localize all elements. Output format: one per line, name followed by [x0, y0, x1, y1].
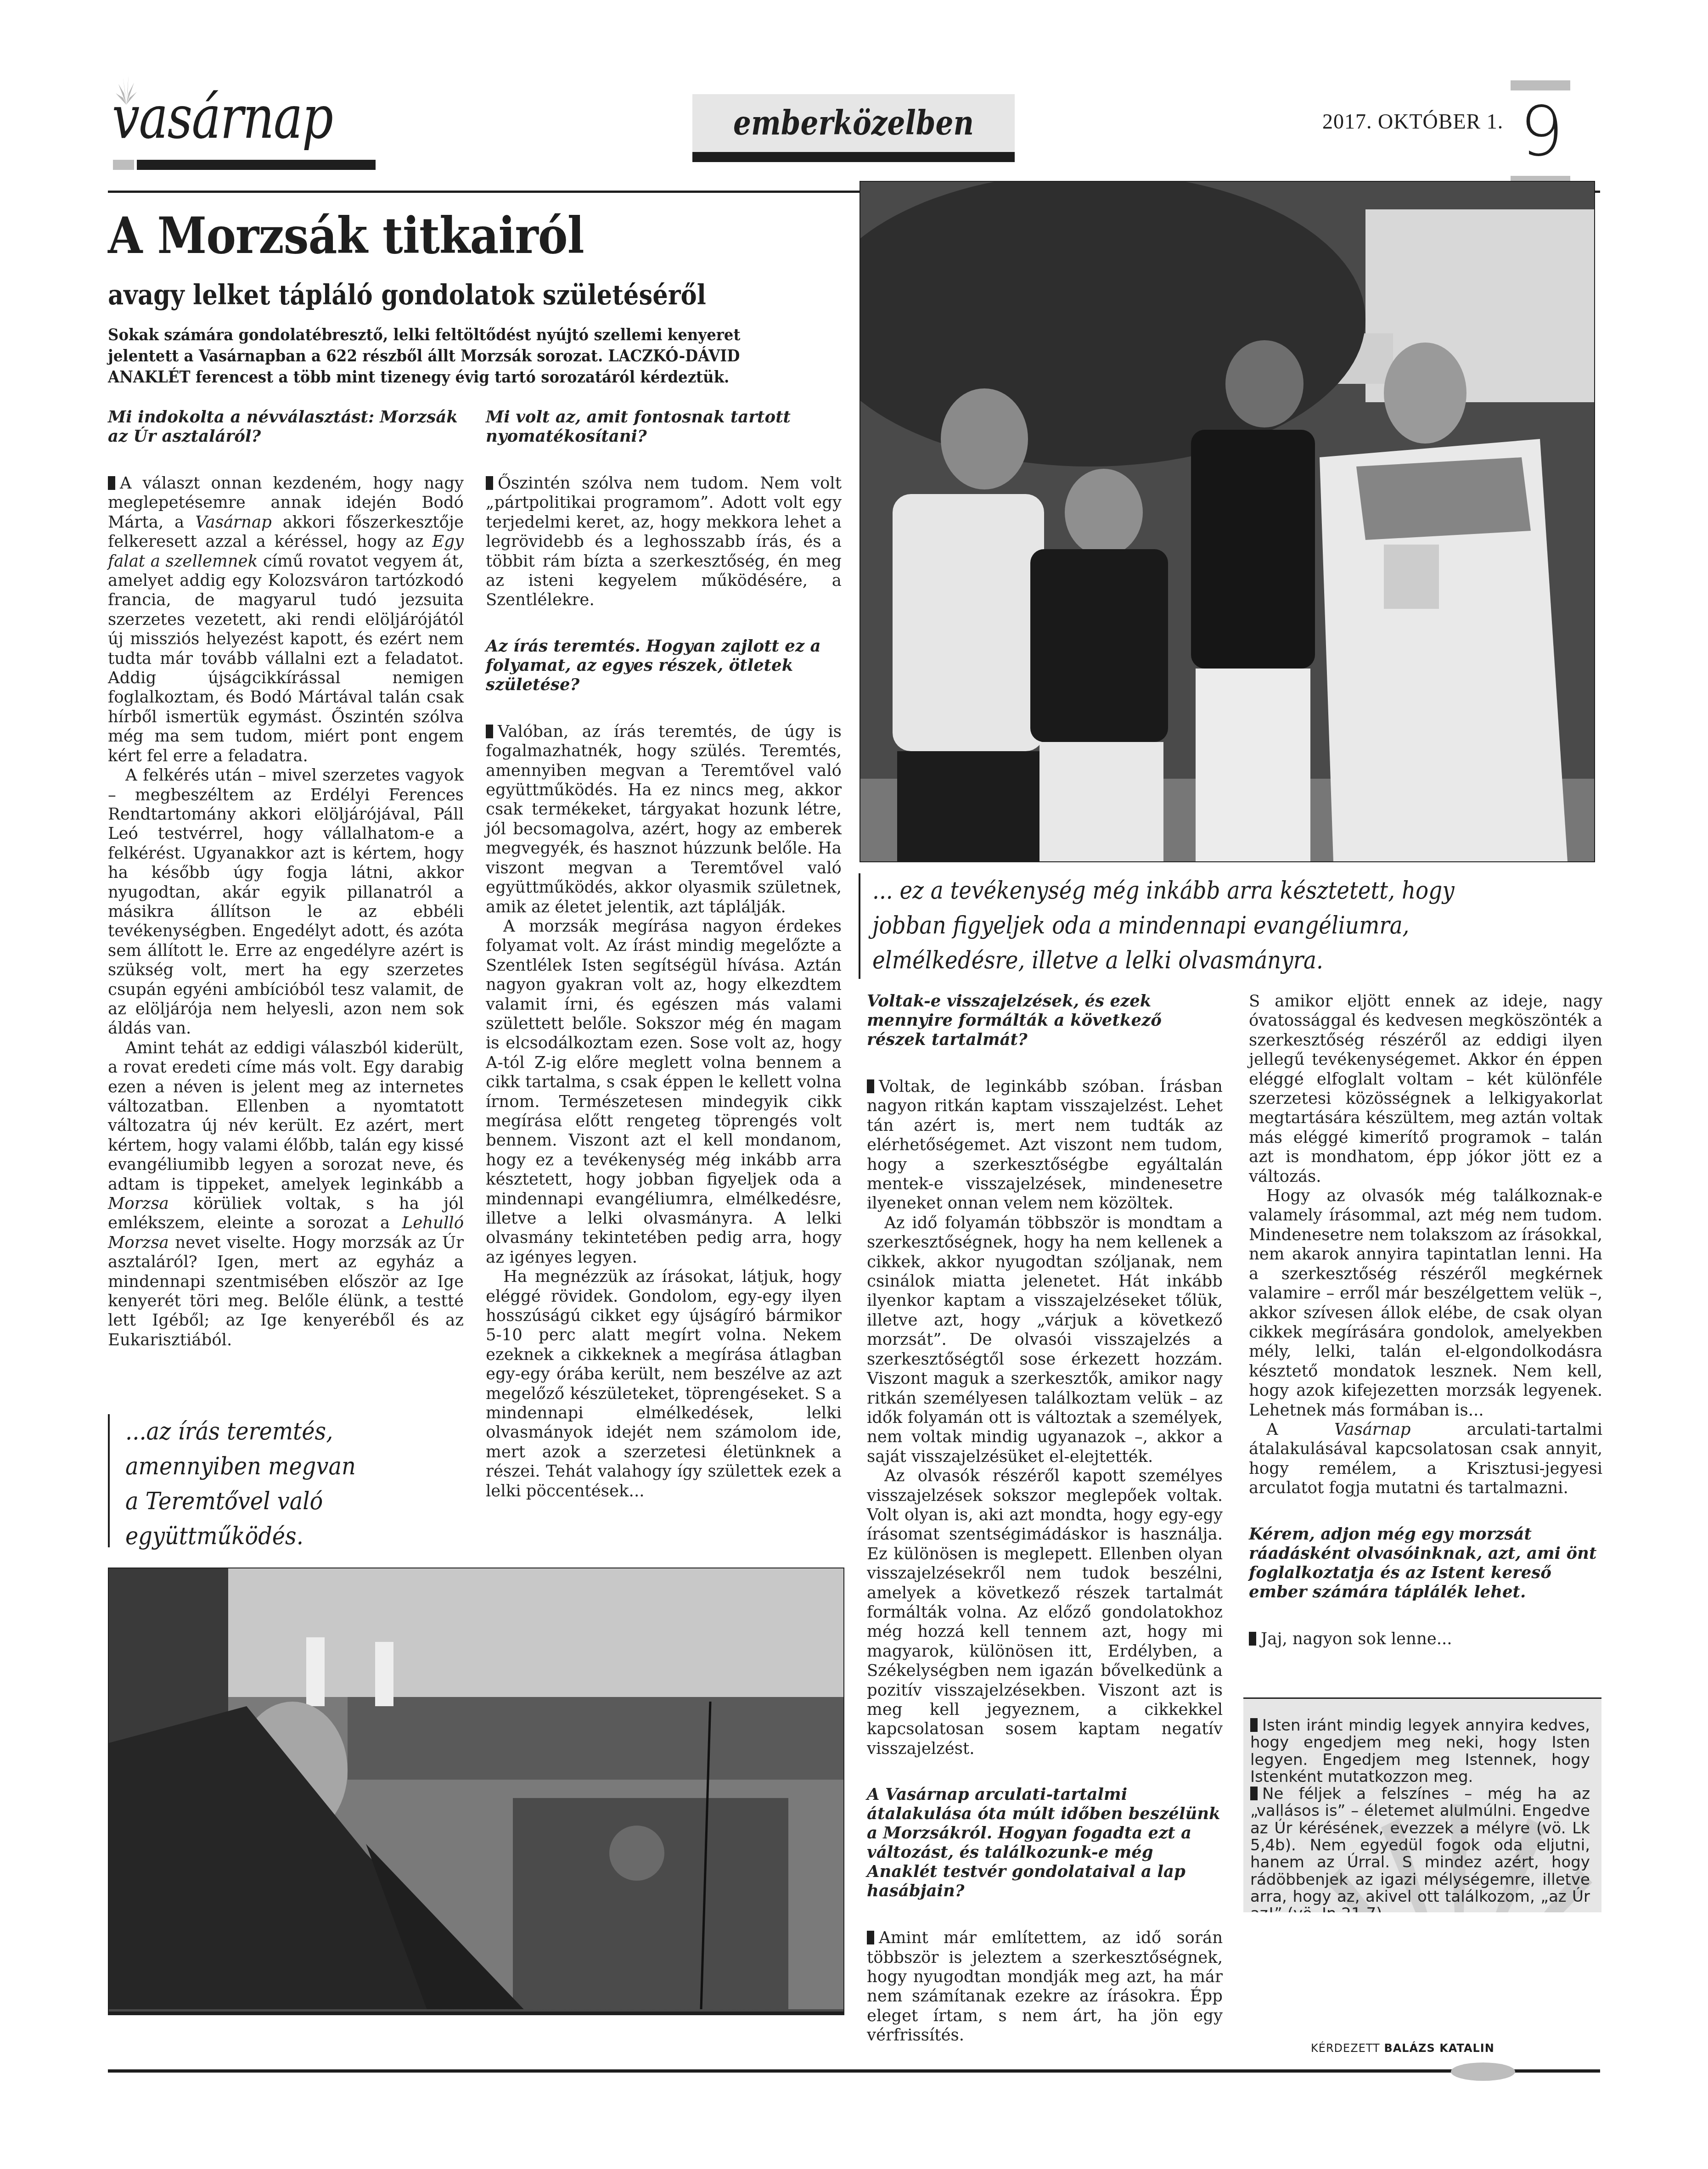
logo-accent-bar: [113, 160, 134, 170]
answer-marker-icon: [486, 476, 493, 490]
interview-question: Mi volt az, amit fontosnak tartott nyoma…: [486, 408, 842, 446]
paragraph: Az idő folyamán többször is mondtam a sz…: [867, 1214, 1223, 1467]
article-column-1: Mi indokolta a névválasztást: Morzsák az…: [108, 408, 464, 1350]
interview-answer: Őszintén szólva nem tudom. Nem volt „pár…: [486, 474, 842, 610]
footer-oval-accent: [1451, 2062, 1515, 2081]
article-column-2: Mi volt az, amit fontosnak tartott nyoma…: [486, 408, 842, 1501]
interview-answer: Valóban, az írás teremtés, de úgy is fog…: [486, 722, 842, 917]
interview-answer: Amint már említettem, az idő során többs…: [867, 1928, 1223, 2045]
photo-friar-illustration: [109, 1568, 843, 2009]
logo-text: vasárnap: [112, 87, 332, 147]
interview-answer: Jaj, nagyon sok lenne...: [1249, 1630, 1602, 1649]
paragraph: Az olvasók részéről kapott személyes vis…: [867, 1467, 1223, 1759]
section-underline: [692, 152, 1015, 162]
pull-quote-1-text: ...az írás teremtés, amennyiben megvan a…: [125, 1414, 356, 1554]
article-subtitle: avagy lelket tápláló gondolatok születés…: [108, 280, 706, 310]
article-column-4: S amikor eljött ennek az ideje, nagy óva…: [1249, 992, 1602, 1649]
pull-quote-1: ...az írás teremtés, amennyiben megvan a…: [108, 1414, 440, 1547]
article-column-3: Voltak-e visszajelzések, és ezek mennyir…: [867, 992, 1223, 2045]
sidebar-text: Isten iránt mindig legyek annyira kedves…: [1250, 1717, 1590, 1912]
interview-question: Voltak-e visszajelzések, és ezek mennyir…: [867, 992, 1223, 1050]
answer-marker-icon: [108, 476, 115, 490]
answer-marker-icon: [867, 1079, 874, 1093]
answer-marker-icon: [867, 1931, 874, 1944]
pull-quote-2: ... ez a tevékenység még inkább arra kés…: [859, 873, 1595, 979]
paragraph: Amint tehát az eddigi válaszból kiderült…: [108, 1039, 464, 1350]
item-marker-icon: [1250, 1787, 1258, 1800]
interview-question: Mi indokolta a névválasztást: Morzsák az…: [108, 408, 464, 446]
page-number-box: 9: [1511, 80, 1570, 186]
photo-friar-altar: [108, 1568, 844, 2015]
photo-communion: [860, 181, 1595, 862]
footer-rule: [108, 2069, 1600, 2073]
article-title: A Morzsák titkairól: [108, 209, 584, 264]
interview-question: Kérem, adjon még egy morzsát ráadásként …: [1249, 1525, 1602, 1602]
paragraph: A Vasárnap arculati-tartalmi átalakulásá…: [1249, 1420, 1602, 1498]
morzsa-sidebar-box: Isten iránt mindig legyek annyira kedves…: [1243, 1697, 1601, 1912]
paragraph: S amikor eljött ennek az ideje, nagy óva…: [1249, 992, 1602, 1186]
answer-marker-icon: [1249, 1632, 1256, 1646]
article-lead: Sokak számára gondolatébresztő, lelki fe…: [108, 324, 810, 388]
paragraph: A felkérés után – mivel szerzetes vagyok…: [108, 766, 464, 1039]
photo-communion-illustration: [860, 182, 1594, 861]
pull-quote-2-text: ... ez a tevékenység még inkább arra kés…: [872, 873, 1455, 978]
interview-answer: A választ onnan kezdeném, hogy nagy megl…: [108, 474, 464, 766]
byline: KÉRDEZETT BALÁZS KATALIN: [1311, 2042, 1494, 2055]
page-number: 9: [1520, 90, 1563, 173]
paragraph: Ha megnézzük az írásokat, látjuk, hogy e…: [486, 1267, 842, 1501]
interview-answer: Voltak, de leginkább szóban. Írásban nag…: [867, 1077, 1223, 1214]
page-number-top-bar: [1511, 80, 1570, 90]
item-marker-icon: [1250, 1718, 1258, 1732]
paragraph: Hogy az olvasók még találkoznak-e valame…: [1249, 1186, 1602, 1420]
interview-question: A Vasárnap arculati-tartalmi átalakulása…: [867, 1785, 1223, 1901]
section-label: emberközelben: [717, 103, 991, 142]
sidebar-item: Ne féljek a felszínes – még ha az „vallá…: [1250, 1786, 1590, 1912]
sidebar-item: Isten iránt mindig legyek annyira kedves…: [1250, 1717, 1590, 1786]
issue-date: 2017. OKTÓBER 1.: [1322, 109, 1503, 134]
interview-question: Az írás teremtés. Hogyan zajlott ez a fo…: [486, 637, 842, 695]
logo-underline: [137, 160, 376, 170]
masthead-logo: vasárnap: [110, 78, 386, 161]
paragraph: A morzsák megírása nagyon érdekes folyam…: [486, 917, 842, 1267]
section-label-box: emberközelben: [692, 94, 1015, 152]
answer-marker-icon: [486, 725, 493, 738]
